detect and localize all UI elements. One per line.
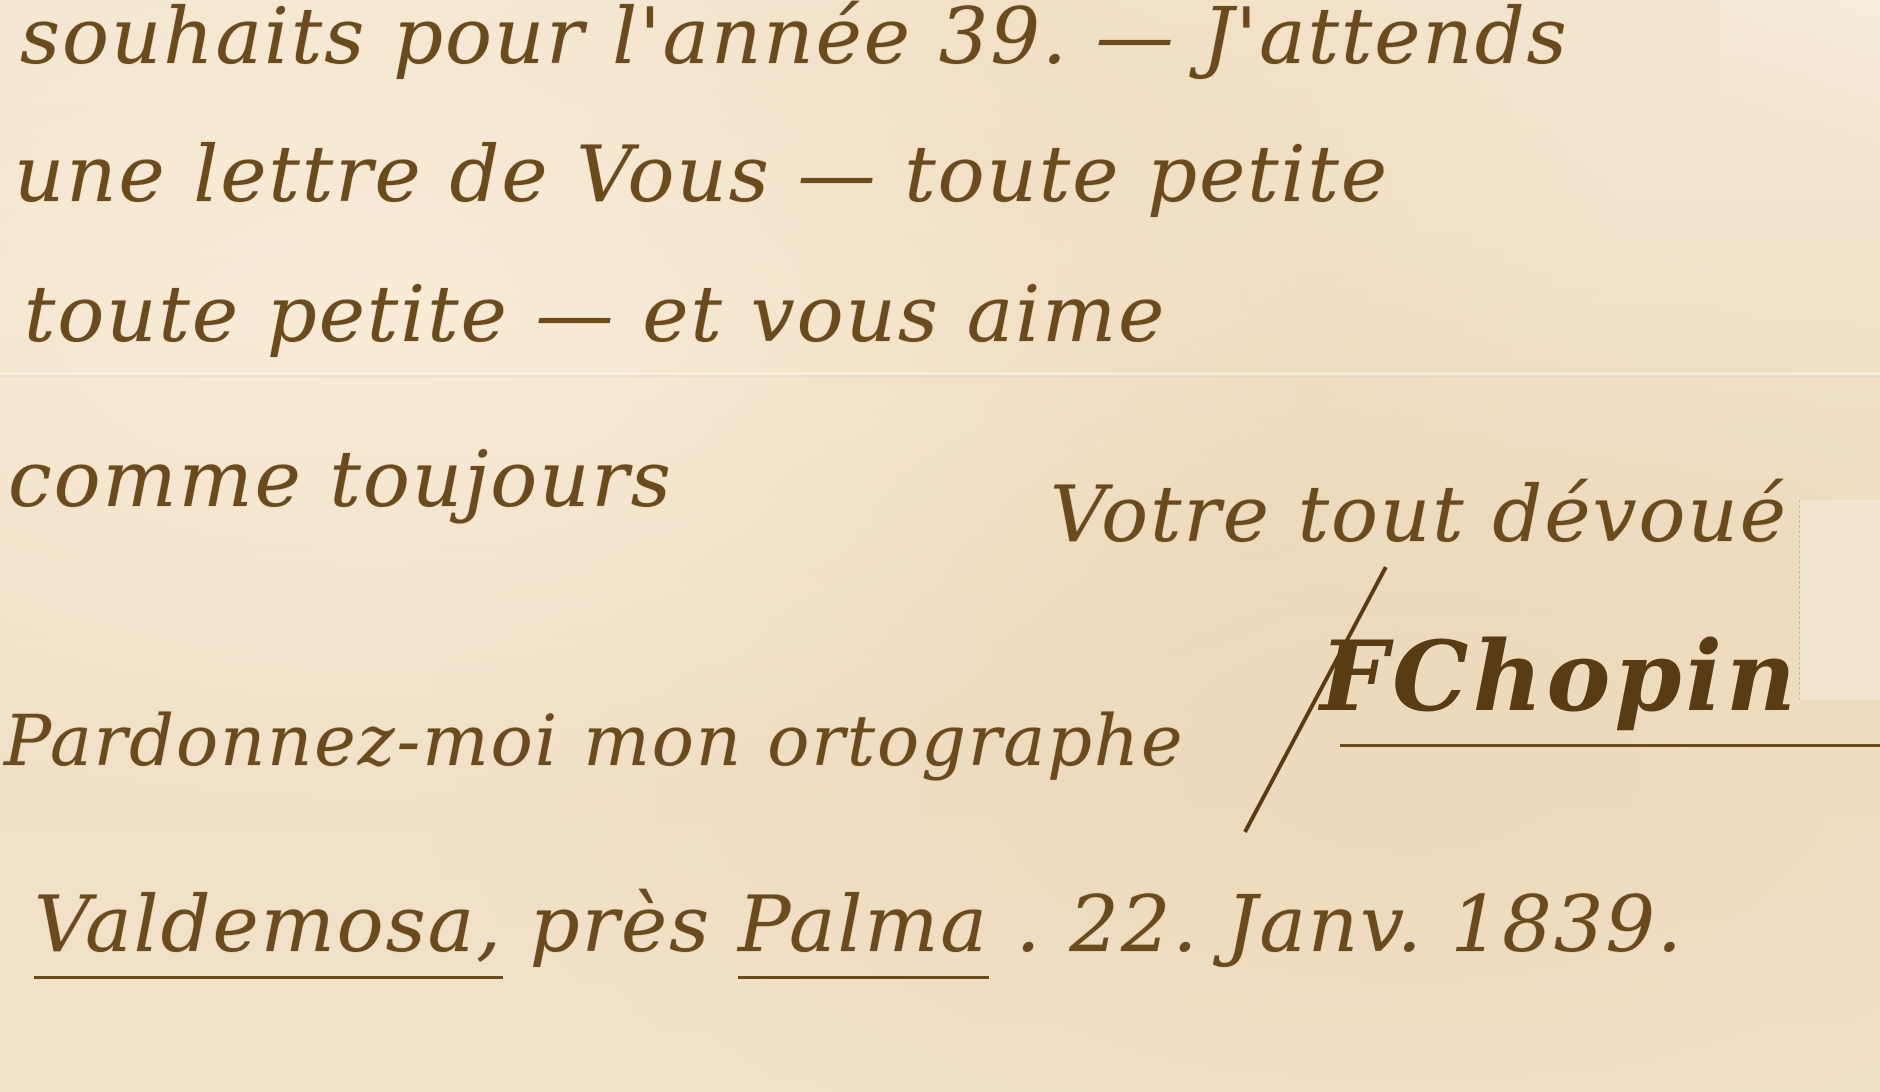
place-valdemosa: Valdemosa, bbox=[34, 880, 503, 979]
edge-damage bbox=[1799, 500, 1880, 700]
letter-line-1: souhaits pour l'année 39. — J'attends bbox=[20, 0, 1569, 82]
closing-phrase: Votre tout dévoué bbox=[1050, 470, 1788, 560]
letter-line-2: une lettre de Vous — toute petite bbox=[14, 130, 1389, 220]
apology-line: Pardonnez-moi mon ortographe bbox=[4, 700, 1184, 782]
corner-fold bbox=[1720, 0, 1880, 150]
place-date-line: Valdemosa, près Palma . 22. Janv. 1839. bbox=[34, 880, 1684, 970]
place-palma: Palma bbox=[738, 880, 989, 979]
letter-line-4: comme toujours bbox=[8, 435, 673, 525]
letter-date: . 22. Janv. 1839. bbox=[1016, 880, 1684, 970]
signature: FChopin bbox=[1320, 620, 1800, 733]
signature-underline bbox=[1340, 744, 1880, 747]
letter-line-3: toute petite — et vous aime bbox=[24, 270, 1166, 360]
place-near: près bbox=[530, 880, 711, 970]
letter-page: souhaits pour l'année 39. — J'attends un… bbox=[0, 0, 1880, 1092]
fold-crease bbox=[0, 372, 1880, 378]
